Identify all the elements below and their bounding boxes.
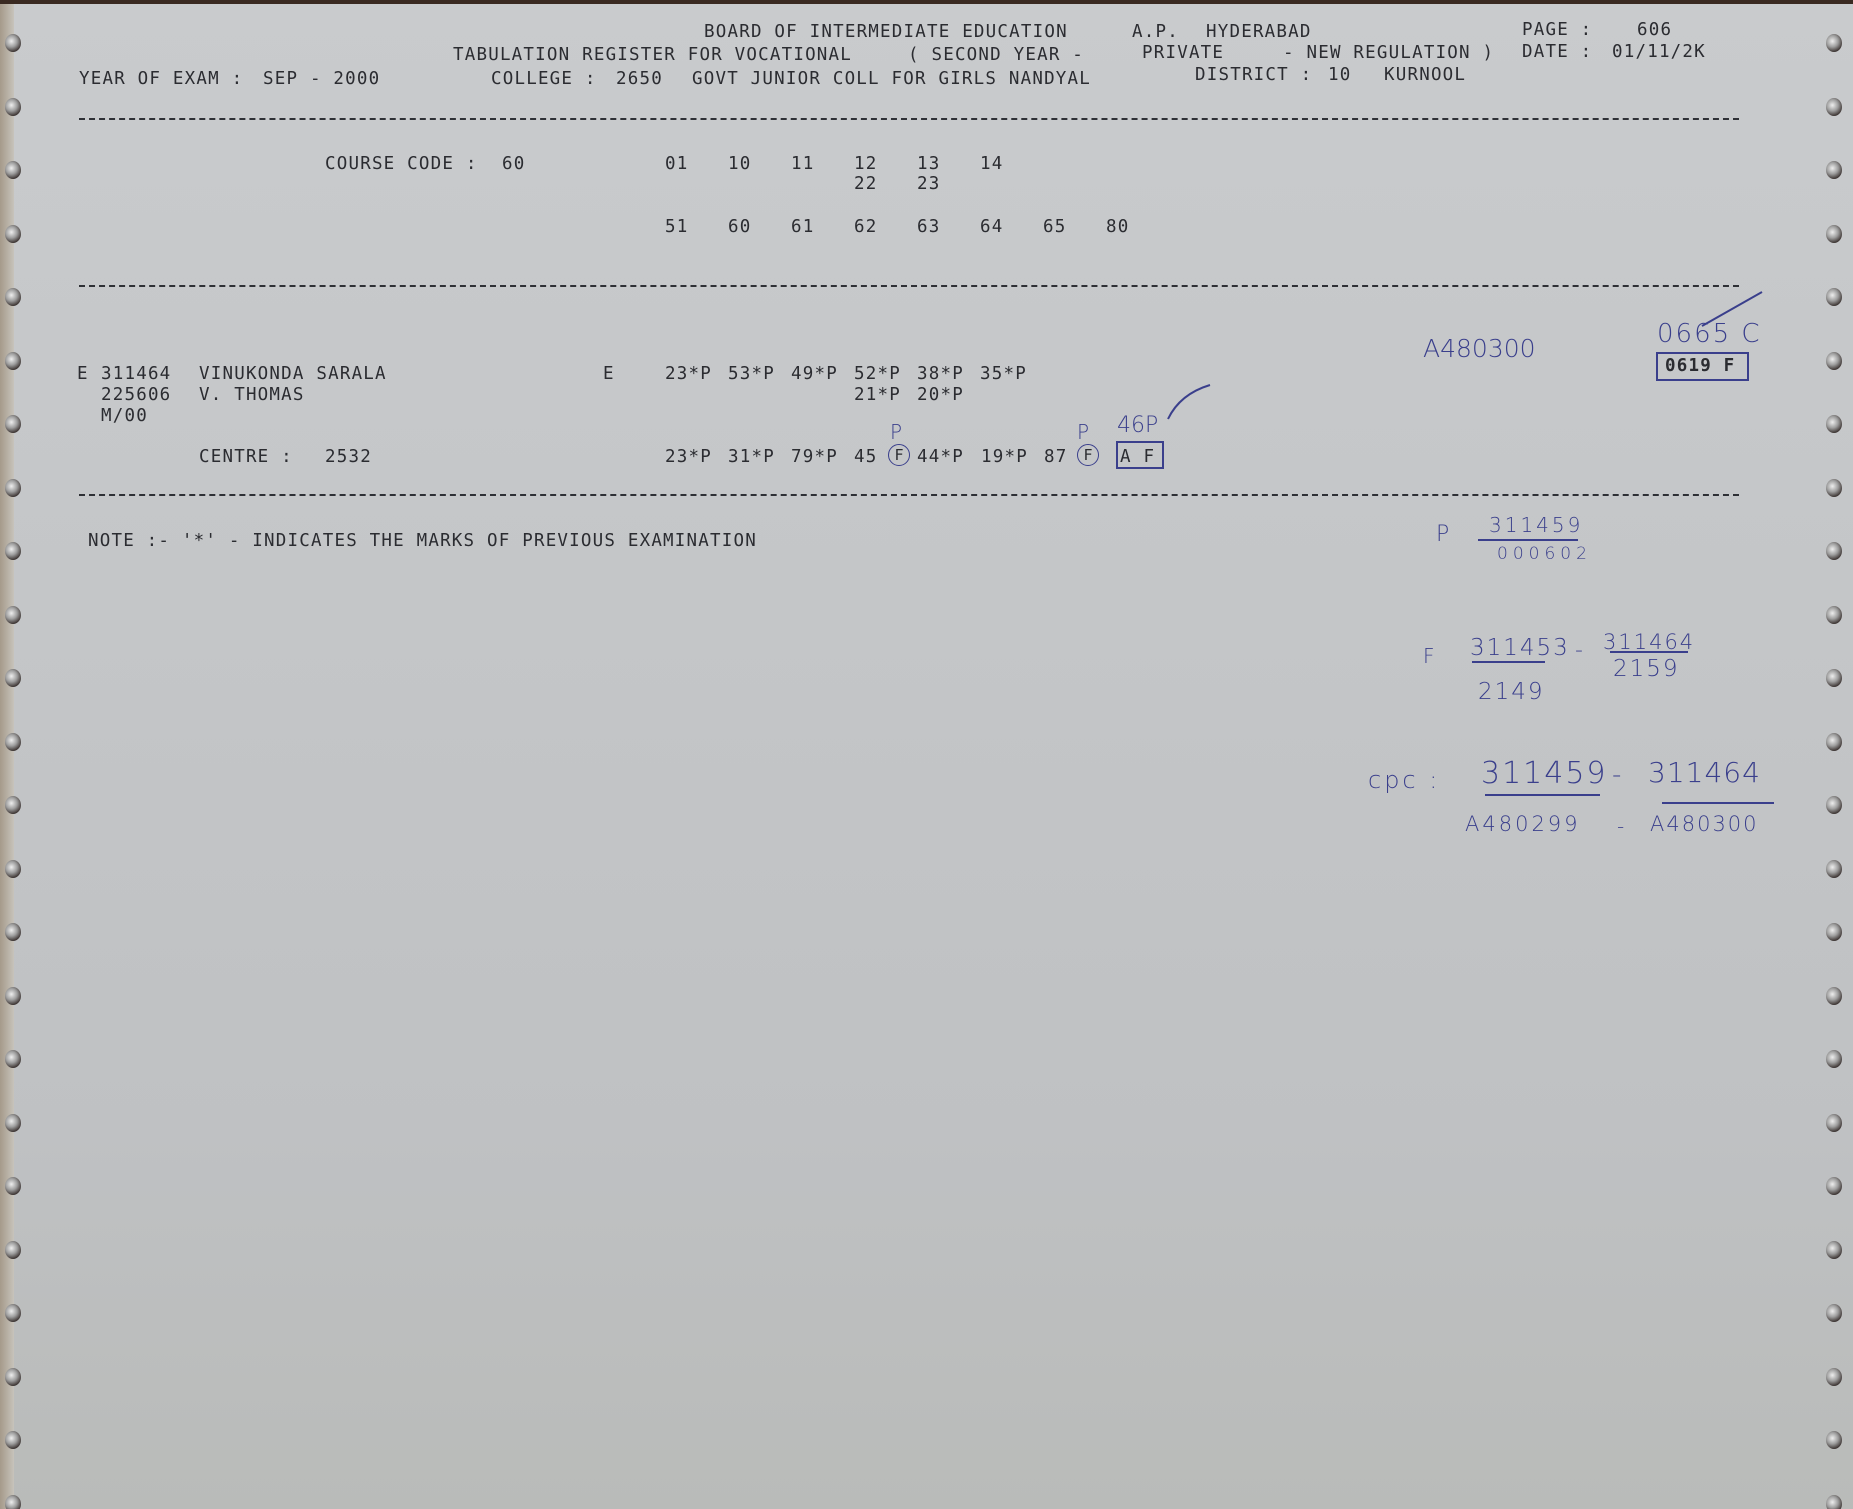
sprocket-hole-icon [1826,606,1842,624]
tabulation-register-sheet: BOARD OF INTERMEDIATE EDUCATION A.P. HYD… [0,4,1853,1509]
sprocket-hole-icon [1826,1177,1842,1195]
sprocket-hole-icon [5,34,21,52]
subject-code: 60 [728,217,751,237]
sprocket-hole-icon [5,1114,21,1132]
sprocket-hole-icon [1826,1368,1842,1386]
mark: 35*P [980,364,1027,384]
gender-code: M/00 [101,406,148,426]
handwritten-f-sub-start: 2149 [1478,679,1545,705]
sprocket-hole-icon [1826,288,1842,306]
dash-separator: - [1617,814,1624,838]
subject-code: 51 [665,217,688,237]
medium: E [603,364,615,384]
subject-code: 10 [728,154,751,174]
city: HYDERABAD [1206,22,1312,42]
registration-number: 225606 [101,385,171,405]
subject-code: 80 [1106,217,1129,237]
circled-fail-mark: F [888,444,910,466]
regulation: - NEW REGULATION ) [1283,43,1494,63]
mark: 52*P [854,364,901,384]
handwritten-f-label: F [1423,644,1435,668]
handwritten-p-denominator: 000602 [1497,544,1592,564]
sprocket-hole-icon [1826,225,1842,243]
handwritten-cpc-sub-end: A480300 [1650,812,1759,836]
sprocket-hole-icon [1826,98,1842,116]
subject-code: 61 [791,217,814,237]
sprocket-hole-icon [5,606,21,624]
handwritten-cpc-range-end: 311464 [1648,756,1761,789]
mark: 38*P [917,364,964,384]
sprocket-hole-icon [1826,479,1842,497]
boxed-total-text: 0619 F [1665,356,1735,376]
handwritten-p-label: P [1436,522,1449,547]
year-label: ( SECOND YEAR - [908,45,1084,65]
mark: 45 [854,447,877,467]
subject-code: 12 [854,154,877,174]
underline [1472,661,1545,663]
subject-code: 13 [917,154,940,174]
mark: 49*P [791,364,838,384]
handwritten-cpc-range-start: 311459 [1481,756,1608,791]
college-label: COLLEGE : [491,69,597,89]
student-name: VINUKONDA SARALA [199,364,387,384]
handwritten-f-sub-end: 2159 [1613,656,1680,682]
dash-separator: - [1612,760,1621,790]
subject-code: 62 [854,217,877,237]
district-name: KURNOOL [1384,65,1466,85]
subject-code: 63 [917,217,940,237]
sprocket-hole-icon [5,1368,21,1386]
father-name: V. THOMAS [199,385,305,405]
sprocket-hole-icon [5,161,21,179]
subject-code: 64 [980,217,1003,237]
underline [1485,794,1600,796]
centre-label: CENTRE : [199,447,293,467]
sprocket-hole-icon [5,1050,21,1068]
sprocket-hole-icon [1826,542,1842,560]
sprocket-hole-icon [1826,415,1842,433]
page-label: PAGE : [1522,20,1592,40]
handwritten-f-range-start: 311453 [1470,635,1570,661]
sprocket-hole-icon [5,987,21,1005]
underline [1610,651,1688,653]
dash-separator: - [1575,638,1583,663]
fraction-line [1478,539,1578,541]
sprocket-hole-icon [1826,987,1842,1005]
divider [79,285,1739,287]
handwritten-pass-mark: P [890,420,902,444]
sprocket-hole-icon [5,796,21,814]
board-title: BOARD OF INTERMEDIATE EDUCATION [704,22,1068,42]
sprocket-hole-icon [5,1431,21,1449]
year-of-exam-value: SEP - 2000 [263,69,380,89]
course-code-value: 60 [502,154,525,174]
sprocket-hole-icon [5,1177,21,1195]
sprocket-hole-icon [1826,1495,1842,1509]
handwritten-cpc-sub-start: A480299 [1465,812,1581,836]
mark: 23*P [665,447,712,467]
district-label: DISTRICT : [1195,65,1312,85]
sprocket-hole-icon [5,225,21,243]
sprocket-hole-icon [1826,1431,1842,1449]
state: A.P. [1132,22,1179,42]
register-title: TABULATION REGISTER FOR VOCATIONAL [453,45,852,65]
sprocket-hole-icon [1826,860,1842,878]
mark: 23*P [665,364,712,384]
sprocket-hole-icon [5,733,21,751]
sprocket-hole-icon [1826,796,1842,814]
divider [79,494,1739,496]
mark: 87 [1044,447,1067,467]
candidate-type: PRIVATE [1142,43,1224,63]
note: NOTE :- '*' - INDICATES THE MARKS OF PRE… [88,531,757,551]
sprocket-hole-icon [1826,34,1842,52]
sprocket-hole-icon [1826,733,1842,751]
handwritten-cpc-label: cpc : [1368,766,1440,794]
mark: 44*P [917,447,964,467]
subject-code: 11 [791,154,814,174]
sprocket-hole-icon [1826,923,1842,941]
sprocket-hole-icon [1826,669,1842,687]
date-value: 01/11/2K [1612,42,1706,62]
course-code-label: COURSE CODE : [325,154,478,174]
mark: 21*P [854,385,901,405]
sprocket-hole-icon [5,1241,21,1259]
sprocket-hole-icon [1826,352,1842,370]
subject-code: 01 [665,154,688,174]
sprocket-hole-icon [5,923,21,941]
date-label: DATE : [1522,42,1592,62]
circled-fail-mark: F [1077,444,1099,466]
underline [1662,802,1774,804]
year-of-exam-label: YEAR OF EXAM : [79,69,243,89]
handwritten-pass-mark: P [1077,420,1089,444]
subject-code: 65 [1043,217,1066,237]
subject-code: 22 [854,174,877,194]
college-code: 2650 [616,69,663,89]
sprocket-hole-icon [5,352,21,370]
sprocket-hole-icon [1826,1050,1842,1068]
sprocket-hole-icon [5,288,21,306]
handwritten-grade: 46P [1117,413,1158,438]
result: A F [1120,447,1155,467]
sprocket-hole-icon [5,860,21,878]
mark: 79*P [791,447,838,467]
sprocket-hole-icon [1826,1241,1842,1259]
mark: 19*P [981,447,1028,467]
sprocket-hole-icon [5,479,21,497]
sprocket-hole-icon [5,415,21,433]
mark: 20*P [917,385,964,405]
sprocket-hole-icon [1826,1114,1842,1132]
mark: 53*P [728,364,775,384]
pen-tick-icon [1165,382,1215,422]
sprocket-hole-icon [5,669,21,687]
mark: 31*P [728,447,775,467]
sprocket-hole-icon [1826,161,1842,179]
subject-code: 14 [980,154,1003,174]
sprocket-hole-icon [5,1495,21,1509]
handwritten-p-numerator: 311459 [1489,513,1583,537]
divider [79,118,1739,120]
sprocket-hole-icon [5,1304,21,1322]
hall-ticket-number: 311464 [101,364,171,384]
subject-code: 23 [917,174,940,194]
record-flag: E [77,364,89,384]
sprocket-hole-icon [1826,1304,1842,1322]
sprocket-hole-icon [5,542,21,560]
sprocket-hole-icon [5,98,21,116]
pen-tick-icon [1700,289,1765,329]
handwritten-serial: A480300 [1423,334,1536,363]
centre-value: 2532 [325,447,372,467]
page-number: 606 [1637,20,1672,40]
college-name: GOVT JUNIOR COLL FOR GIRLS NANDYAL [692,69,1091,89]
district-code: 10 [1328,65,1351,85]
